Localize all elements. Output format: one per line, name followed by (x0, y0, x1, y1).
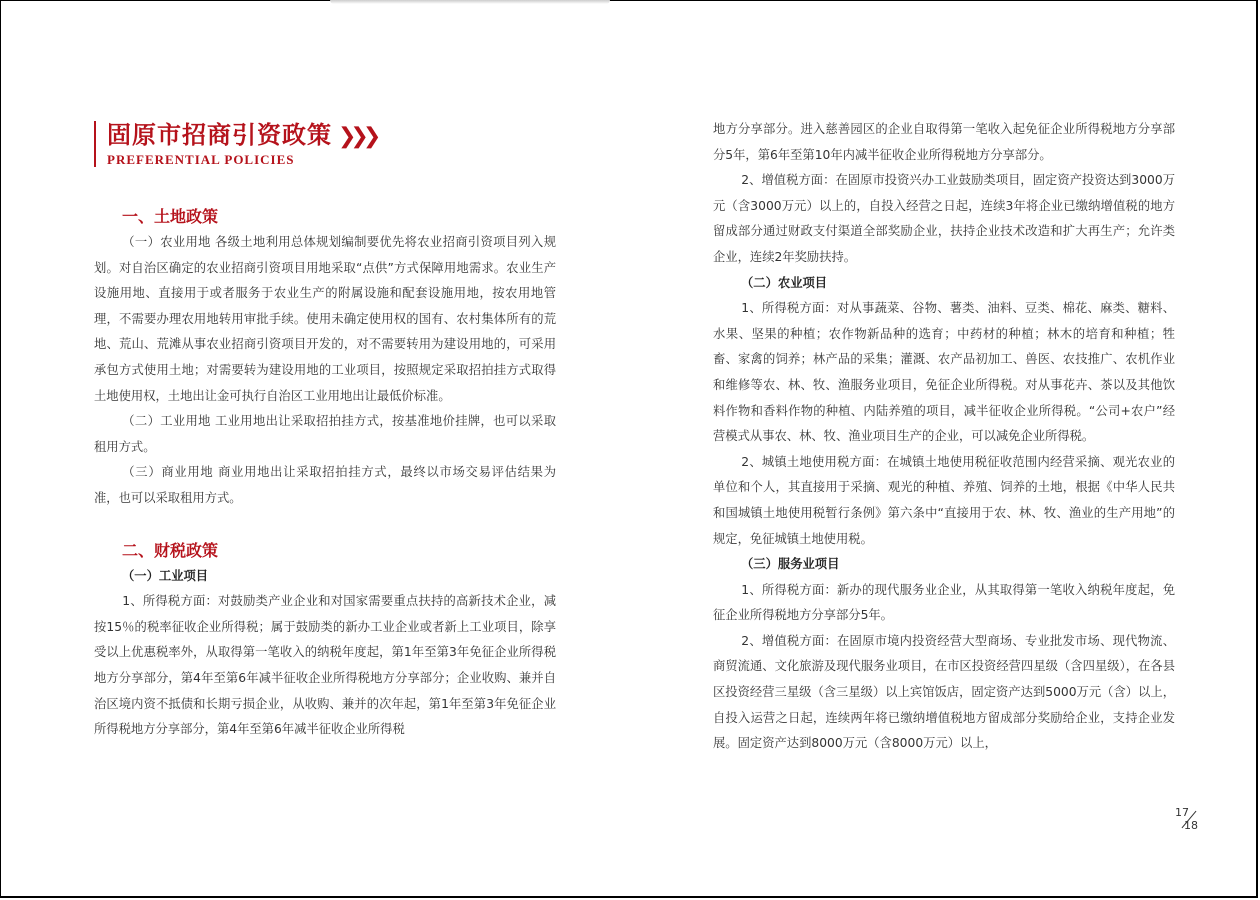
title-cn: 固原市招商引资政策❯❯❯ (107, 121, 375, 151)
paragraph: （三）商业用地 商业用地出让采取招拍挂方式，最终以市场交易评估结果为准，也可以采… (94, 460, 556, 511)
section-title-tax: 二、财税政策 (122, 538, 556, 564)
title-en: PREFERENTIAL POLICIES (107, 152, 375, 168)
paragraph: 2、城镇土地使用税方面：在城镇土地使用税征收范围内经营采摘、观光农业的单位和个人… (713, 450, 1175, 552)
paragraph: 2、增值税方面：在固原市境内投资经营大型商场、专业批发市场、现代物流、商贸流通、… (713, 629, 1175, 757)
paragraph: 1、所得税方面：对鼓励类产业企业和对国家需要重点扶持的高新技术企业，减按15％的… (94, 589, 556, 743)
subsection-agriculture: （二）农业项目 (741, 271, 1175, 297)
page-current: 17 (1175, 806, 1189, 819)
section-title-land: 一、土地政策 (122, 204, 556, 230)
paragraph: 2、增值税方面：在固原市投资兴办工业鼓励类项目，固定资产投资达到3000万元（含… (713, 168, 1175, 270)
subsection-services: （三）服务业项目 (741, 552, 1175, 578)
double-chevron-icon: ❯❯❯ (338, 124, 375, 149)
subsection-industrial: （一）工业项目 (122, 564, 556, 590)
paragraph: （一）农业用地 各级土地利用总体规划编制要优先将农业招商引资项目列入规划。对自治… (94, 230, 556, 409)
paragraph: 1、所得税方面：新办的现代服务业企业，从其取得第一笔收入纳税年度起，免征企业所得… (713, 578, 1175, 629)
page-total: 18 (1184, 819, 1198, 832)
paragraph: 地方分享部分。进入慈善园区的企业自取得第一笔收入起免征企业所得税地方分享部分5年… (713, 117, 1175, 168)
right-column: 地方分享部分。进入慈善园区的企业自取得第一笔收入起免征企业所得税地方分享部分5年… (713, 117, 1175, 757)
paragraph: （二）工业用地 工业用地出让采取招拍挂方式，按基准地价挂牌，也可以采取租用方式。 (94, 409, 556, 460)
left-column: 一、土地政策 （一）农业用地 各级土地利用总体规划编制要优先将农业招商引资项目列… (94, 204, 556, 743)
paragraph: 1、所得税方面：对从事蔬菜、谷物、薯类、油料、豆类、棉花、麻类、糖料、水果、坚果… (713, 296, 1175, 450)
title-cn-text: 固原市招商引资政策 (107, 121, 332, 149)
page-title: 固原市招商引资政策❯❯❯ PREFERENTIAL POLICIES (94, 121, 375, 167)
page-number: 17 18 (1172, 806, 1202, 834)
top-shadow (330, 0, 610, 4)
